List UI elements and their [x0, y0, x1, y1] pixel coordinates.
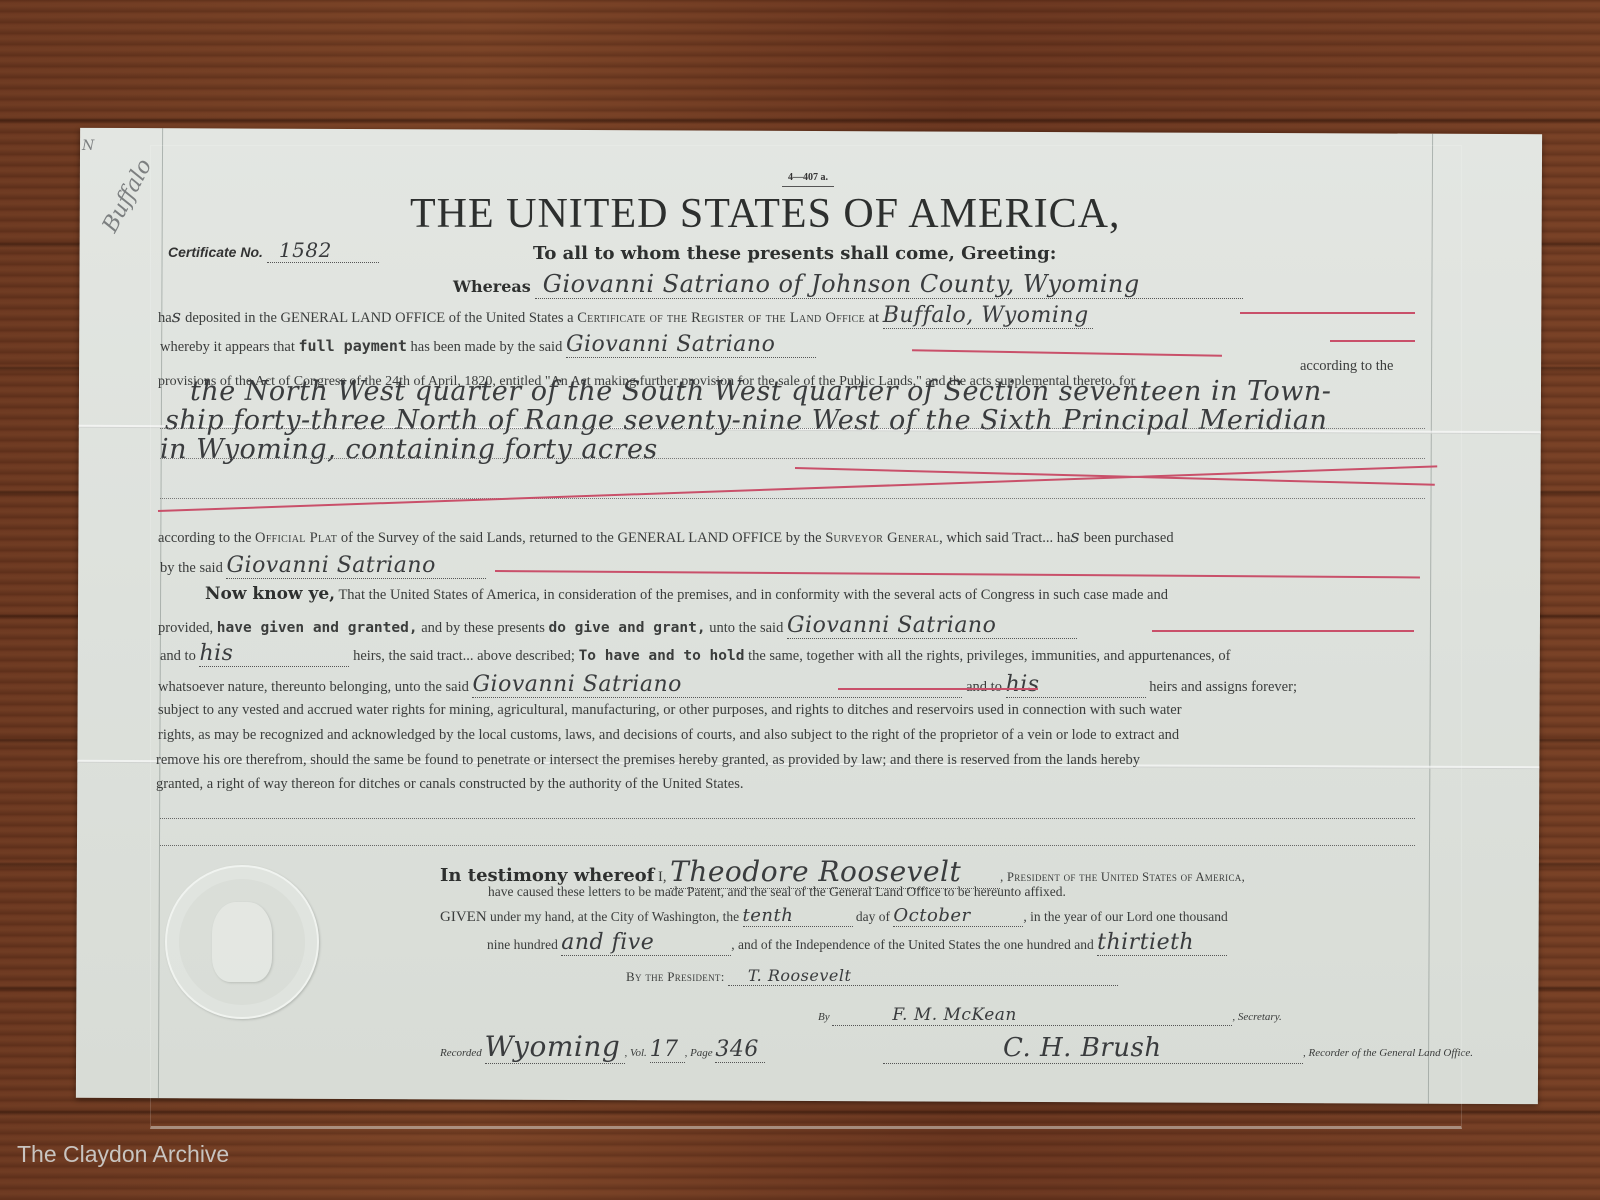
recorder-line: C. H. Brush, Recorder of the General Lan…: [883, 1033, 1473, 1064]
by-president-line: By the President: T. Roosevelt: [626, 966, 1118, 986]
whereas-entry: Giovanni Satriano of Johnson County, Wyo…: [535, 270, 1243, 299]
whereas-label: Whereas: [453, 277, 531, 296]
red-rule: [838, 688, 1038, 690]
dotted-rule: [160, 818, 1415, 819]
right-of-way-line: granted, a right of way thereon for ditc…: [156, 776, 743, 793]
certificate-label: Certificate No.: [168, 244, 263, 260]
rights-line: rights, as may be recognized and acknowl…: [158, 727, 1179, 744]
whatsoever-line: whatsoever nature, thereunto belonging, …: [158, 672, 1297, 698]
text: That the United States of America, in co…: [338, 587, 1168, 603]
grantee-name: Giovanni Satriano: [472, 672, 962, 698]
text: To have and to hold: [579, 648, 745, 664]
text: and to: [966, 679, 1002, 695]
page-number: 346: [715, 1037, 765, 1063]
text: , which said Tract... ha: [939, 530, 1070, 546]
text: ha: [158, 310, 172, 326]
text: been purchased: [1084, 530, 1174, 546]
pronoun-his: his: [199, 641, 349, 667]
testimony-label: In testimony whereof: [440, 865, 654, 886]
land-office-location: Buffalo, Wyoming: [883, 303, 1093, 329]
text: Certificate of the Register of the Land …: [577, 310, 865, 326]
tract-description-1: the North West quarter of the South West…: [190, 376, 1331, 407]
corner-mark: N: [82, 138, 94, 154]
official-plat-line: according to the Official Plat of the Su…: [158, 526, 1174, 547]
text: unto the said: [709, 620, 783, 636]
grantee-name: Giovanni Satriano: [566, 332, 816, 358]
text: By: [818, 1011, 830, 1023]
text: I,: [658, 869, 666, 885]
fold-line-right: [1428, 134, 1433, 1104]
text: , Vol.: [625, 1047, 647, 1059]
text: heirs and assigns forever;: [1149, 679, 1297, 695]
text: Surveyor General: [825, 530, 939, 546]
text: , in the year of our Lord one thousand: [1023, 909, 1227, 924]
watermark: The Claydon Archive: [17, 1141, 229, 1168]
text: whereby it appears that: [160, 339, 295, 355]
embossed-seal-icon: [165, 865, 319, 1019]
red-rule: [1152, 630, 1414, 632]
granted-line: provided, have given and granted, and by…: [158, 613, 1077, 639]
text: have given and granted,: [217, 620, 418, 636]
certificate-number-field: Certificate No. 1582: [168, 238, 379, 263]
according-text: according to the: [1300, 358, 1393, 375]
text: GIVEN: [440, 909, 487, 925]
pronoun-his: his: [1006, 672, 1146, 698]
form-number: 4—407 a.: [782, 172, 834, 187]
grantee-name: Giovanni Satriano: [787, 613, 1077, 639]
greeting: To all to whom these presents shall come…: [533, 243, 1056, 264]
text: of the Survey of the said Lands, returne…: [341, 530, 822, 546]
text: nine hundred: [487, 937, 558, 952]
red-rule: [1240, 312, 1415, 314]
now-know-ye-line: Now know ye, That the United States of A…: [205, 584, 1168, 604]
tract-description-3: in Wyoming, containing forty acres: [160, 434, 658, 465]
certificate-number: 1582: [267, 238, 379, 263]
text: and to: [160, 648, 196, 664]
text: at: [869, 310, 879, 326]
page-title: THE UNITED STATES OF AMERICA,: [410, 190, 1120, 238]
dotted-rule: [160, 458, 1425, 459]
text: , Secretary.: [1232, 1011, 1281, 1023]
given-line: GIVEN under my hand, at the City of Wash…: [440, 905, 1228, 927]
text: day of: [856, 909, 890, 924]
text: Recorded: [440, 1047, 482, 1059]
text: , Page: [685, 1047, 713, 1059]
year-line: nine hundred and five, and of the Indepe…: [487, 930, 1227, 956]
patent-seal-line: have caused these letters to be made Pat…: [488, 884, 1066, 900]
president-signature: T. Roosevelt: [728, 966, 1118, 986]
whereas-line: Whereas Giovanni Satriano of Johnson Cou…: [453, 270, 1243, 299]
volume-number: 17: [650, 1037, 685, 1063]
dotted-rule: [160, 845, 1415, 846]
text: deposited in the GENERAL LAND OFFICE of …: [185, 310, 574, 326]
text: whatsoever nature, thereunto belonging, …: [158, 679, 469, 695]
independence-year-value: thirtieth: [1097, 930, 1227, 956]
text: has been made by the said: [411, 339, 563, 355]
now-know-ye-label: Now know ye,: [205, 584, 335, 604]
ore-line: remove his ore therefrom, should the sam…: [156, 752, 1140, 769]
recorded-line: Recorded Wyoming, Vol. 17, Page 346: [440, 1030, 765, 1064]
purchased-by-line: by the said Giovanni Satriano: [160, 553, 486, 579]
text: according to the: [158, 530, 251, 546]
handwritten-s: s: [172, 306, 182, 327]
year-value: and five: [561, 930, 731, 956]
secretary-line: By F. M. McKean, Secretary.: [818, 1005, 1282, 1026]
eagle-emblem-icon: [212, 902, 272, 982]
text: , Recorder of the General Land Office.: [1303, 1047, 1473, 1059]
text: , President of the United States of Amer…: [1000, 870, 1245, 884]
dotted-rule: [160, 428, 1425, 429]
dotted-rule: [160, 498, 1425, 499]
red-rule: [1330, 340, 1415, 342]
month-value: October: [893, 905, 1023, 927]
purchaser-name: Giovanni Satriano: [226, 553, 486, 579]
text: do give and grant,: [548, 620, 705, 636]
recorder-signature: C. H. Brush: [883, 1033, 1303, 1064]
text: , and of the Independence of the United …: [731, 937, 1094, 952]
text: the same, together with all the rights, …: [748, 648, 1230, 664]
secretary-signature: F. M. McKean: [832, 1005, 1232, 1026]
payment-line: whereby it appears that full payment has…: [160, 332, 816, 358]
text: heirs, the said tract... above described…: [353, 648, 575, 664]
text: by the said: [160, 560, 223, 576]
text: By the President:: [626, 969, 725, 984]
text: under my hand, at the City of Washington…: [490, 909, 739, 924]
text: provided,: [158, 620, 213, 636]
tract-description-2: ship forty-three North of Range seventy-…: [165, 405, 1327, 436]
text: full payment: [299, 337, 407, 355]
day-value: tenth: [743, 905, 853, 927]
text: and by these presents: [421, 620, 545, 636]
handwritten-s: s: [1070, 526, 1080, 547]
recorded-state: Wyoming: [485, 1030, 625, 1064]
deposit-line: has deposited in the GENERAL LAND OFFICE…: [158, 303, 1093, 329]
text: Official Plat: [255, 530, 337, 546]
heirs-line: and to his heirs, the said tract... abov…: [160, 641, 1230, 667]
water-rights-line: subject to any vested and accrued water …: [158, 702, 1182, 719]
